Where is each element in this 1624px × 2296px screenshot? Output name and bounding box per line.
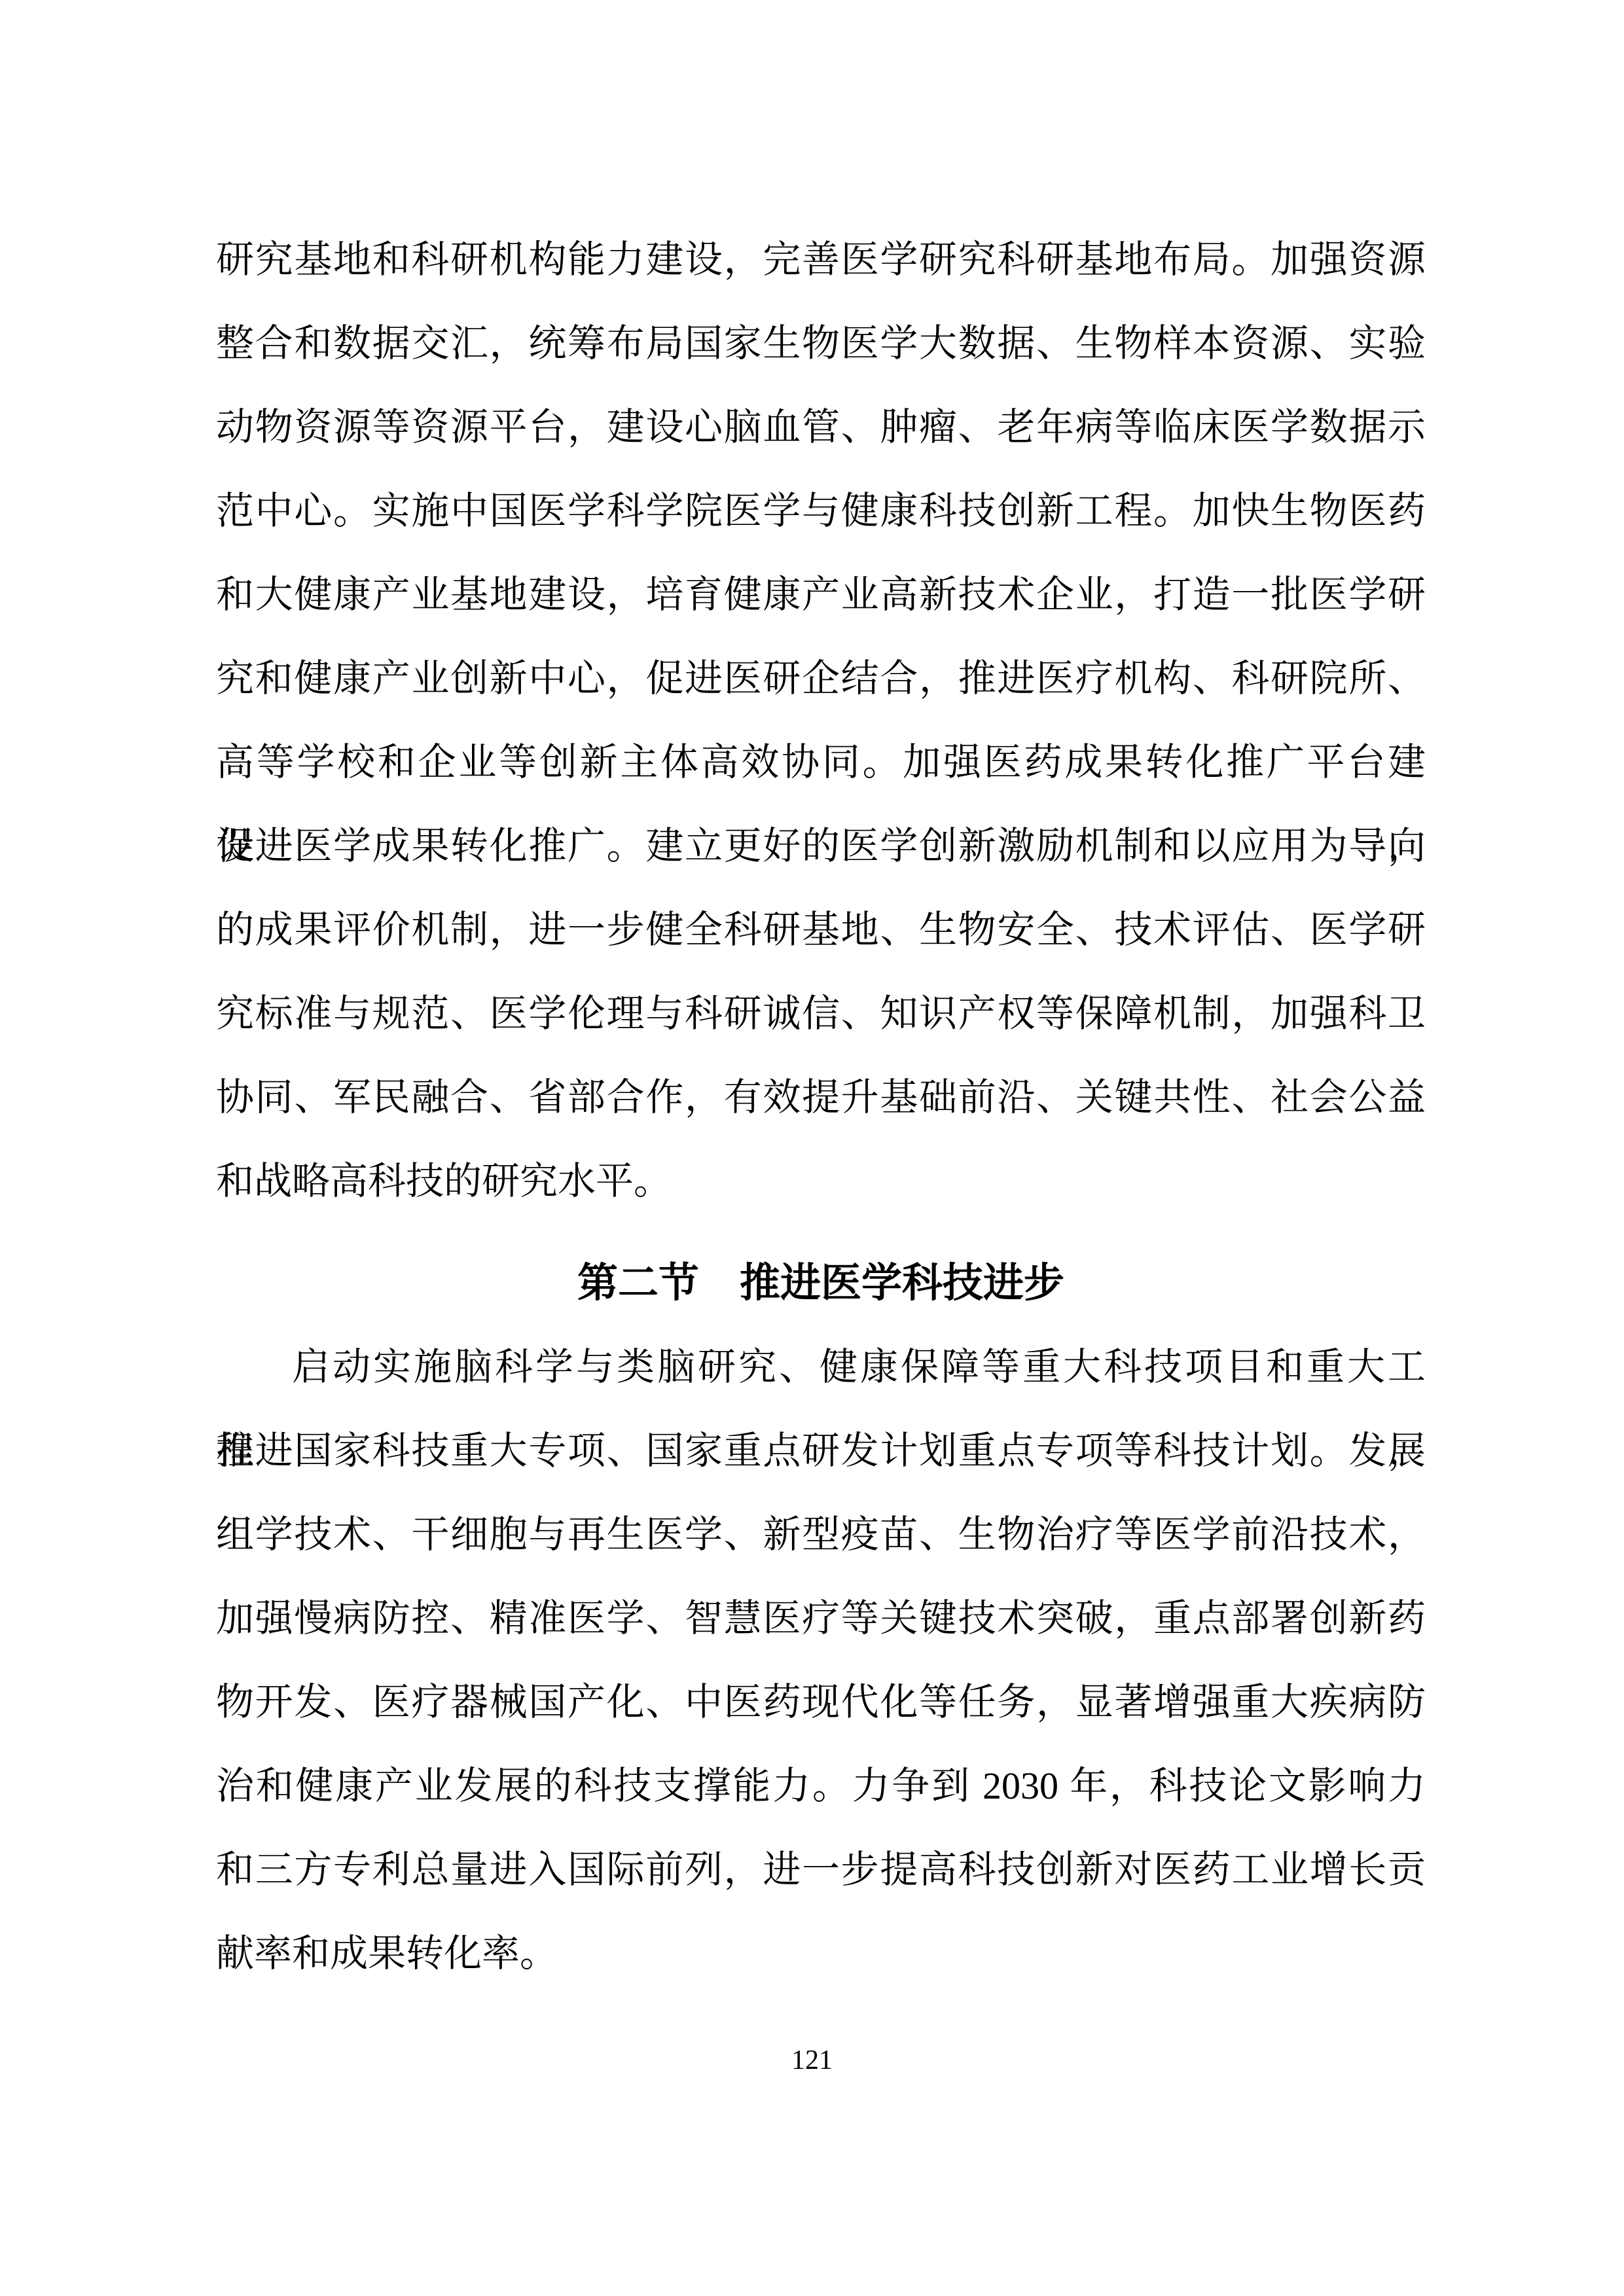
text-block: 研究基地和科研机构能力建设，完善医学研究科研基地布局。加强资源 整合和数据交汇，… xyxy=(216,218,1426,1996)
body-line: 治和健康产业发展的科技支撑能力。力争到 2030 年，科技论文影响力 xyxy=(216,1744,1426,1828)
body-line: 范中心。实施中国医学科学院医学与健康科技创新工程。加快生物医药 xyxy=(216,469,1426,553)
body-line: 献率和成果转化率。 xyxy=(216,1912,1426,1996)
body-line: 的成果评价机制，进一步健全科研基地、生物安全、技术评估、医学研 xyxy=(216,888,1426,972)
body-line: 研究基地和科研机构能力建设，完善医学研究科研基地布局。加强资源 xyxy=(216,218,1426,302)
body-line: 启动实施脑科学与类脑研究、健康保障等重大科技项目和重大工程， xyxy=(216,1325,1426,1409)
body-line: 促进医学成果转化推广。建立更好的医学创新激励机制和以应用为导向 xyxy=(216,804,1426,888)
body-line: 推进国家科技重大专项、国家重点研发计划重点专项等科技计划。发展 xyxy=(216,1409,1426,1493)
body-line: 整合和数据交汇，统筹布局国家生物医学大数据、生物样本资源、实验 xyxy=(216,302,1426,386)
body-line: 究和健康产业创新中心，促进医研企结合，推进医疗机构、科研院所、 xyxy=(216,637,1426,721)
body-line: 和三方专利总量进入国际前列，进一步提高科技创新对医药工业增长贡 xyxy=(216,1828,1426,1912)
page-number: 121 xyxy=(0,2041,1624,2080)
section-heading: 第二节 推进医学科技进步 xyxy=(216,1242,1426,1325)
body-line: 加强慢病防控、精准医学、智慧医疗等关键技术突破，重点部署创新药 xyxy=(216,1577,1426,1660)
paragraph-1: 研究基地和科研机构能力建设，完善医学研究科研基地布局。加强资源 整合和数据交汇，… xyxy=(216,218,1426,1223)
body-line: 和战略高科技的研究水平。 xyxy=(216,1139,1426,1223)
body-line: 究标准与规范、医学伦理与科研诚信、知识产权等保障机制，加强科卫 xyxy=(216,972,1426,1056)
body-line: 动物资源等资源平台，建设心脑血管、肿瘤、老年病等临床医学数据示 xyxy=(216,386,1426,469)
body-line: 组学技术、干细胞与再生医学、新型疫苗、生物治疗等医学前沿技术， xyxy=(216,1493,1426,1577)
paragraph-2: 启动实施脑科学与类脑研究、健康保障等重大科技项目和重大工程， 推进国家科技重大专… xyxy=(216,1325,1426,1996)
body-line: 协同、军民融合、省部合作，有效提升基础前沿、关键共性、社会公益 xyxy=(216,1056,1426,1139)
body-line: 高等学校和企业等创新主体高效协同。加强医药成果转化推广平台建设， xyxy=(216,721,1426,804)
document-page: 研究基地和科研机构能力建设，完善医学研究科研基地布局。加强资源 整合和数据交汇，… xyxy=(0,0,1624,2296)
body-line: 物开发、医疗器械国产化、中医药现代化等任务，显著增强重大疾病防 xyxy=(216,1660,1426,1744)
body-line: 和大健康产业基地建设，培育健康产业高新技术企业，打造一批医学研 xyxy=(216,553,1426,637)
